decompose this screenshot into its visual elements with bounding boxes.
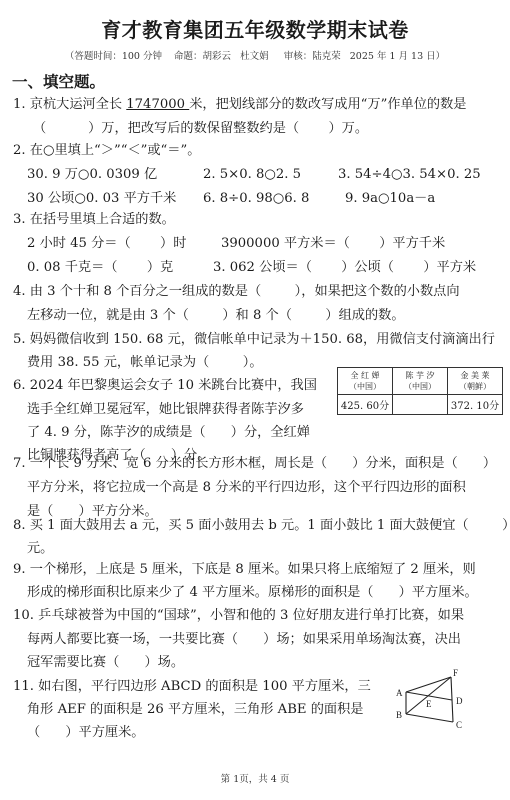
athlete-name: 全 红 婵 (340, 370, 390, 381)
athlete-country: （朝鲜） (450, 381, 500, 392)
label-f: F (453, 668, 458, 678)
q2-row1-item3: 3. 54÷4○3. 54×0. 25 (338, 165, 481, 185)
q1-underlined-number: 1747000 (126, 97, 189, 112)
q2-row2-item2: 6. 8÷0. 98○6. 8 (203, 189, 309, 209)
question-9-line-2: 形成的梯形面积比原来少了 4 平方厘米。原梯形的面积是（ ）平方厘米。 (27, 583, 478, 603)
question-7-line-1: 7. 一个长 9 分米、宽 6 分米的长方形木框，周长是（ ）分米，面积是（ ） (13, 454, 496, 474)
question-5-line-2: 费用 38. 55 元，帐单记录为（ ）。 (27, 353, 263, 373)
question-2-line-1: 2. 在○里填上“＞”“＜”或“＝”。 (13, 141, 200, 161)
label-a: A (396, 688, 403, 698)
q2-row1-item2: 2. 5×0. 8○2. 5 (203, 165, 301, 185)
question-7-line-2: 平方分米，将它拉成一个高是 8 分米的平行四边形，这个平行四边形的面积 (27, 478, 466, 498)
score-cell (393, 395, 448, 415)
question-10-line-3: 冠军需要比赛（ ）场。 (27, 653, 184, 673)
parallelogram-figure: A B C D E F (385, 665, 475, 745)
section-heading: 一、填空题。 (12, 70, 105, 92)
diving-scores-table: 全 红 婵（中国） 陈 芋 汐（中国） 金 美 莱（朝鲜） 425. 60分 3… (337, 367, 503, 415)
question-4-line-2: 左移动一位，就是由 3 个（ ）和 8 个（ ）组成的数。 (27, 306, 405, 326)
question-8-line-2: 元。 (27, 539, 53, 559)
question-3-line-1: 3. 在括号里填上合适的数。 (13, 210, 175, 230)
question-10-line-1: 10. 乒乓球被誉为中国的“国球”，小智和他的 3 位好朋友进行单打比赛，如果 (13, 606, 464, 626)
question-1-line-1: 1. 京杭大运河全长 1747000 米，把划线部分的数改写成用“万”作单位的数… (13, 95, 466, 115)
q3-row1-item1: 2 小时 45 分＝（ ）时 (27, 234, 186, 254)
question-10-line-2: 每两人都要比赛一场，一共要比赛（ ）场；如果采用单场淘汰赛，决出 (27, 630, 461, 650)
q2-row2-item3: 9. 9a○10a－a (345, 189, 435, 209)
question-8-line-1: 8. 买 1 面大鼓用去 a 元，买 5 面小鼓用去 b 元。1 面小鼓比 1 … (13, 516, 510, 536)
question-9-line-1: 9. 一个梯形，上底是 5 厘米，下底是 8 厘米。如果只将上底缩短了 2 厘米… (13, 560, 476, 580)
q1-text-b: 米，把划线部分的数改写成用“万”作单位的数是 (189, 97, 466, 112)
score-cell: 372. 10分 (448, 395, 503, 415)
question-6-line-2: 选手全红婵卫冕冠军，她比银牌获得者陈芋汐多 (27, 400, 304, 420)
q1-text-a: 1. 京杭大运河全长 (13, 97, 126, 112)
q3-row2-item1: 0. 08 千克＝（ ）克 (27, 258, 173, 278)
label-b: B (396, 710, 402, 720)
score-cell: 425. 60分 (338, 395, 393, 415)
q2-row1-item1: 30. 9 万○0. 0309 亿 (27, 165, 157, 185)
label-c: C (456, 720, 462, 730)
question-5-line-1: 5. 妈妈微信收到 150. 68 元，微信帐单中记录为＋150. 68，用微信… (13, 330, 495, 350)
question-6-line-3: 了 4. 9 分，陈芋汐的成绩是（ ）分，全红婵 (27, 423, 310, 443)
question-4-line-1: 4. 由 3 个十和 8 个百分之一组成的数是（ ），如果把这个数的小数点向 (13, 282, 460, 302)
label-e: E (426, 699, 432, 709)
athlete-country: （中国） (395, 381, 445, 392)
athlete-name: 金 美 莱 (450, 370, 500, 381)
question-1-line-2: （ ）万，把改写后的数保留整数约是（ ）万。 (33, 119, 368, 139)
exam-info: （答题时间：100 分钟 命题：胡彩云 杜文娟 审核：陆克荣 2025 年 1 … (0, 48, 510, 62)
question-11-line-3: （ ）平方厘米。 (27, 723, 144, 743)
athlete-country: （中国） (340, 381, 390, 392)
table-header-quanhongchan: 全 红 婵（中国） (338, 368, 393, 395)
table-header-jinmeilai: 金 美 莱（朝鲜） (448, 368, 503, 395)
question-11-line-1: 11. 如右图，平行四边形 ABCD 的面积是 100 平方厘米，三 (13, 677, 371, 697)
question-11-line-2: 角形 AEF 的面积是 26 平方厘米，三角形 ABE 的面积是 (27, 700, 363, 720)
athlete-name: 陈 芋 汐 (395, 370, 445, 381)
table-header-chenyuxi: 陈 芋 汐（中国） (393, 368, 448, 395)
page-title: 育才教育集团五年级数学期末试卷 (0, 14, 510, 43)
label-d: D (456, 696, 463, 706)
q3-row1-item2: 3900000 平方米＝（ ）平方千米 (221, 234, 445, 254)
q3-row2-item2: 3. 062 公顷＝（ ）公顷（ ）平方米 (213, 258, 476, 278)
question-6-line-1: 6. 2024 年巴黎奥运会女子 10 米跳台比赛中，我国 (13, 376, 317, 396)
page-number: 第 1页，共 4 页 (0, 771, 510, 785)
q2-row2-item1: 30 公顷○0. 03 平方千米 (27, 189, 176, 209)
